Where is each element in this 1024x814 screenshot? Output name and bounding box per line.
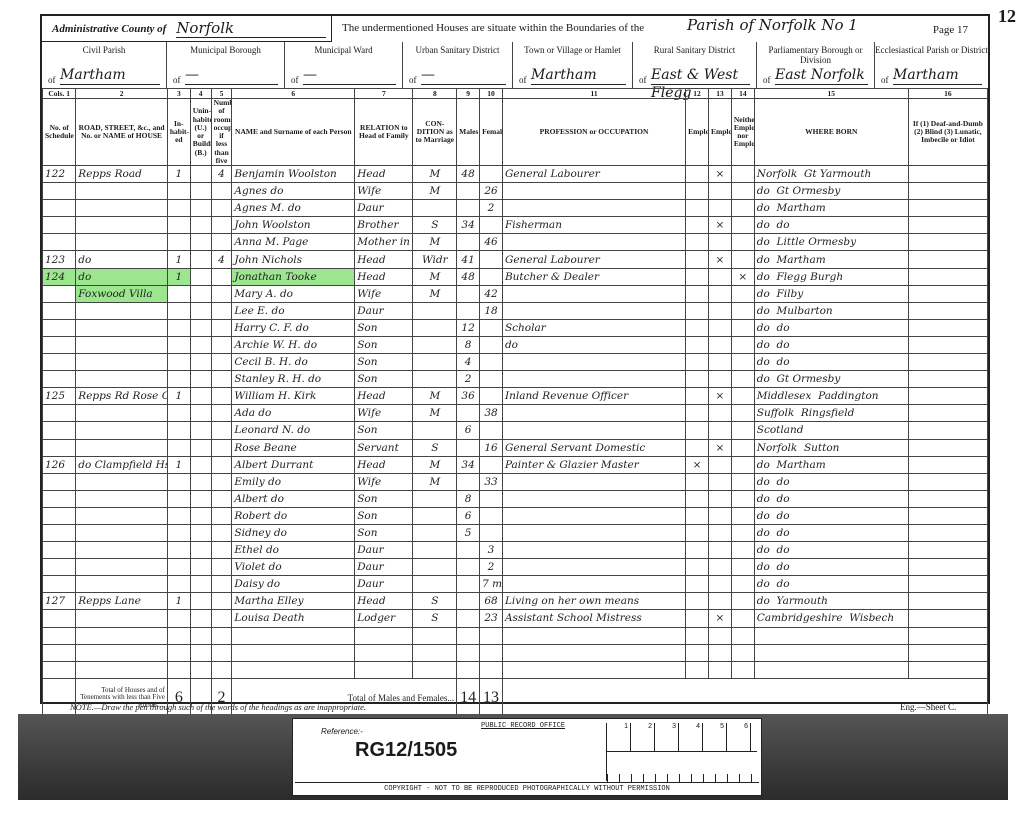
- cell-born: do Little Ormesby: [754, 234, 908, 251]
- cell-m: 12: [457, 319, 480, 336]
- column-number: 12: [686, 89, 709, 99]
- cell-cond: S: [413, 439, 457, 456]
- cell-f: [480, 507, 503, 524]
- cell-m: [457, 559, 480, 576]
- cell-inh: [167, 336, 190, 353]
- cell-rel: Lodger: [355, 610, 413, 627]
- cell-rel: Son: [355, 507, 413, 524]
- cell-name: Albert Durrant: [232, 456, 355, 473]
- cell-empd: [709, 473, 732, 490]
- cell-born: do do: [754, 319, 908, 336]
- cell-born: Cambridgeshire Wisbech: [754, 610, 908, 627]
- record-office: PUBLIC RECORD OFFICE: [481, 722, 565, 730]
- sheet-code: Eng.—Sheet C.: [900, 702, 956, 712]
- cell-addr: [76, 371, 168, 388]
- district-value: East Norfolk: [775, 66, 868, 85]
- cell-empd: [709, 371, 732, 388]
- cell-addr: [76, 302, 168, 319]
- cell-occ: [502, 542, 685, 559]
- cell-sched: [43, 559, 76, 576]
- district-of: of: [173, 75, 181, 85]
- cell-f: 42: [480, 285, 503, 302]
- cell-inf: [908, 439, 987, 456]
- cell-inf: [908, 422, 987, 439]
- cell-emp: [686, 405, 709, 422]
- cell-cond: [413, 542, 457, 559]
- cell-nei: [731, 336, 754, 353]
- cell-empd: [709, 524, 732, 541]
- cell-m: [457, 302, 480, 319]
- cell-emp: [686, 234, 709, 251]
- cell-inf: [908, 200, 987, 217]
- column-labels-row: No. of Schedule ROAD, STREET, &c., and N…: [43, 99, 988, 166]
- cell-rel: Son: [355, 422, 413, 439]
- cell-nei: ×: [731, 268, 754, 285]
- cell-addr: [76, 183, 168, 200]
- cell-nei: [731, 285, 754, 302]
- cell-inf: [908, 388, 987, 405]
- cell-rel: Servant: [355, 439, 413, 456]
- cell-rooms: [211, 405, 232, 422]
- cell-nei: [731, 405, 754, 422]
- cell-unin: [190, 302, 211, 319]
- born-county: do: [757, 356, 770, 368]
- cell-empd: [709, 490, 732, 507]
- cell-rooms: [211, 234, 232, 251]
- boundary-header: The undermentioned Houses are situate wi…: [342, 22, 644, 34]
- district-2: Municipal Wardof—: [285, 42, 403, 88]
- cell-inh: [167, 285, 190, 302]
- cell-rel: Head: [355, 593, 413, 610]
- district-value: —: [421, 66, 506, 85]
- cell-cond: M: [413, 285, 457, 302]
- cell-sched: 122: [43, 166, 76, 183]
- district-title: Parliamentary Borough or Division: [757, 45, 874, 65]
- cell-f: 2: [480, 559, 503, 576]
- cell-empd: [709, 354, 732, 371]
- cell-unin: [190, 422, 211, 439]
- cell-unin: [190, 507, 211, 524]
- born-county: do: [757, 271, 770, 283]
- cell-m: 34: [457, 456, 480, 473]
- table-row: Rose BeaneServantS16General Servant Dome…: [43, 439, 988, 456]
- district-title: Rural Sanitary District: [633, 45, 756, 55]
- born-county: do: [757, 219, 770, 231]
- cell-unin: [190, 456, 211, 473]
- cell-inf: [908, 166, 987, 183]
- cell-sched: [43, 644, 76, 661]
- cell-name: Harry C. F. do: [232, 319, 355, 336]
- born-county: do: [757, 510, 770, 522]
- cell-name: Robert do: [232, 507, 355, 524]
- cell-sched: [43, 285, 76, 302]
- born-county: do: [757, 322, 770, 334]
- cell-name: Violet do: [232, 559, 355, 576]
- cell-rooms: [211, 661, 232, 678]
- col-occupation: PROFESSION or OCCUPATION: [502, 99, 685, 166]
- cell-addr: Repps Rd Rose Cottage: [76, 388, 168, 405]
- cell-sched: [43, 576, 76, 593]
- cell-empd: [709, 285, 732, 302]
- cell-emp: [686, 268, 709, 285]
- cell-cond: S: [413, 593, 457, 610]
- cell-unin: [190, 644, 211, 661]
- cell-cond: [413, 559, 457, 576]
- cell-inh: [167, 354, 190, 371]
- cell-m: 34: [457, 217, 480, 234]
- cell-empd: [709, 644, 732, 661]
- cell-m: [457, 473, 480, 490]
- cell-empd: [709, 200, 732, 217]
- cell-born: [754, 644, 908, 661]
- cell-born: Suffolk Ringsfield: [754, 405, 908, 422]
- cell-nei: [731, 319, 754, 336]
- cell-name: Lee E. do: [232, 302, 355, 319]
- born-place: Wisbech: [849, 612, 894, 624]
- cell-emp: [686, 183, 709, 200]
- cell-unin: [190, 490, 211, 507]
- cell-occ: General Servant Domestic: [502, 439, 685, 456]
- cell-occ: Assistant School Mistress: [502, 610, 685, 627]
- born-place: Little Ormesby: [777, 236, 857, 248]
- cell-inf: [908, 576, 987, 593]
- cell-name: John Woolston: [232, 217, 355, 234]
- column-number: 6: [232, 89, 355, 99]
- cell-born: [754, 627, 908, 644]
- born-county: Norfolk: [757, 168, 797, 180]
- scale-ruler: 123456: [606, 723, 757, 781]
- cell-name: William H. Kirk: [232, 388, 355, 405]
- cell-rooms: [211, 183, 232, 200]
- cell-empd: ×: [709, 610, 732, 627]
- cell-rooms: [211, 576, 232, 593]
- footer-note: NOTE.—Draw the pen through such of the w…: [70, 702, 366, 712]
- cell-inf: [908, 234, 987, 251]
- cell-inf: [908, 507, 987, 524]
- cell-rel: Daur: [355, 200, 413, 217]
- cell-inh: [167, 234, 190, 251]
- cell-inh: [167, 439, 190, 456]
- col-neither: Neither Employer nor Employed: [731, 99, 754, 166]
- cell-occ: Living on her own means: [502, 593, 685, 610]
- cell-emp: [686, 388, 709, 405]
- cell-rooms: [211, 473, 232, 490]
- born-county: do: [757, 288, 770, 300]
- cell-m: 48: [457, 166, 480, 183]
- cell-sched: 123: [43, 251, 76, 268]
- cell-empd: [709, 456, 732, 473]
- cell-m: [457, 610, 480, 627]
- cell-inf: [908, 251, 987, 268]
- table-row: Stanley R. H. doSon2do Gt Ormesby: [43, 371, 988, 388]
- cell-born: Scotland: [754, 422, 908, 439]
- born-place: do: [777, 219, 790, 231]
- cell-rooms: [211, 336, 232, 353]
- born-county: do: [757, 305, 770, 317]
- cell-sched: [43, 200, 76, 217]
- column-number: 9: [457, 89, 480, 99]
- cell-rel: [355, 661, 413, 678]
- cell-inf: [908, 542, 987, 559]
- cell-sched: [43, 405, 76, 422]
- cell-inf: [908, 319, 987, 336]
- females-total: 13: [480, 678, 503, 718]
- cell-f: 38: [480, 405, 503, 422]
- males-total: 14: [457, 678, 480, 718]
- cell-m: [457, 593, 480, 610]
- cell-addr: Foxwood Villa: [76, 285, 168, 302]
- cell-born: do Gt Ormesby: [754, 183, 908, 200]
- col-females: Females: [480, 99, 503, 166]
- born-place: Paddington: [818, 390, 878, 402]
- cell-name: [232, 627, 355, 644]
- cell-cond: [413, 627, 457, 644]
- cell-unin: [190, 268, 211, 285]
- district-7: Ecclesiastical Parish or DistrictofMarth…: [875, 42, 988, 88]
- cell-rooms: [211, 542, 232, 559]
- cell-nei: [731, 473, 754, 490]
- cell-rooms: [211, 354, 232, 371]
- cell-sched: [43, 473, 76, 490]
- cell-f: 68: [480, 593, 503, 610]
- table-row: Harry C. F. doSon12Scholardo do: [43, 319, 988, 336]
- cell-rel: Son: [355, 524, 413, 541]
- cell-addr: do: [76, 268, 168, 285]
- cell-inh: [167, 507, 190, 524]
- cell-cond: S: [413, 217, 457, 234]
- cell-name: John Nichols: [232, 251, 355, 268]
- district-3: Urban Sanitary Districtof—: [403, 42, 513, 88]
- cell-addr: [76, 473, 168, 490]
- table-row: [43, 661, 988, 678]
- table-row: Anna M. PageMother in lawM46do Little Or…: [43, 234, 988, 251]
- district-title: Municipal Ward: [285, 45, 402, 55]
- cell-emp: ×: [686, 456, 709, 473]
- district-of: of: [48, 75, 56, 85]
- cell-inh: [167, 661, 190, 678]
- cell-cond: M: [413, 473, 457, 490]
- cell-inh: 1: [167, 166, 190, 183]
- cell-addr: [76, 405, 168, 422]
- cell-f: [480, 166, 503, 183]
- cell-occ: Butcher & Dealer: [502, 268, 685, 285]
- born-place: Yarmouth: [777, 595, 828, 607]
- cell-f: 23: [480, 610, 503, 627]
- cell-sched: [43, 183, 76, 200]
- cell-addr: [76, 507, 168, 524]
- cell-f: [480, 268, 503, 285]
- page-label: Page 17: [933, 24, 968, 36]
- cell-nei: [731, 371, 754, 388]
- ruler-mark: 6: [727, 723, 751, 751]
- cell-addr: [76, 524, 168, 541]
- column-numbers-row: Cols. 12345678910111213141516: [43, 89, 988, 99]
- cell-inh: [167, 524, 190, 541]
- cell-occ: Painter & Glazier Master: [502, 456, 685, 473]
- cell-addr: [76, 439, 168, 456]
- houses-total: 6: [167, 678, 190, 718]
- cell-nei: [731, 166, 754, 183]
- cell-empd: [709, 422, 732, 439]
- born-county: do: [757, 185, 770, 197]
- cell-unin: [190, 661, 211, 678]
- cell-f: [480, 644, 503, 661]
- cell-occ: [502, 354, 685, 371]
- column-number: 7: [355, 89, 413, 99]
- cell-name: Daisy do: [232, 576, 355, 593]
- census-table: Cols. 12345678910111213141516 No. of Sch…: [42, 88, 988, 719]
- cell-name: Sidney do: [232, 524, 355, 541]
- cell-sched: [43, 490, 76, 507]
- cell-addr: [76, 559, 168, 576]
- col-employer: Employer: [686, 99, 709, 166]
- table-row: Ada doWifeM38Suffolk Ringsfield: [43, 405, 988, 422]
- col-relation: RELATION to Head of Family: [355, 99, 413, 166]
- col-infirmity: If (1) Deaf-and-Dumb (2) Blind (3) Lunat…: [908, 99, 987, 166]
- cell-rooms: [211, 200, 232, 217]
- cell-inf: [908, 593, 987, 610]
- cell-occ: [502, 234, 685, 251]
- cell-cond: [413, 524, 457, 541]
- cell-occ: [502, 661, 685, 678]
- table-row: 122Repps Road14Benjamin WoolstonHeadM48G…: [43, 166, 988, 183]
- cell-occ: [502, 627, 685, 644]
- cell-unin: [190, 336, 211, 353]
- cell-empd: ×: [709, 166, 732, 183]
- cell-unin: [190, 354, 211, 371]
- cell-m: [457, 234, 480, 251]
- cell-name: Rose Beane: [232, 439, 355, 456]
- cell-occ: [502, 507, 685, 524]
- district-4: Town or Village or HamletofMartham: [513, 42, 633, 88]
- cell-born: [754, 661, 908, 678]
- ruler-ticks: [607, 751, 757, 782]
- cell-unin: [190, 200, 211, 217]
- cell-born: do do: [754, 336, 908, 353]
- cell-inh: [167, 644, 190, 661]
- cell-nei: [731, 422, 754, 439]
- cell-cond: [413, 200, 457, 217]
- cell-inh: 1: [167, 251, 190, 268]
- cell-rel: Wife: [355, 285, 413, 302]
- cell-rel: Head: [355, 251, 413, 268]
- cell-rooms: [211, 302, 232, 319]
- table-row: Robert doSon6do do: [43, 507, 988, 524]
- houses-total-label: Total of Houses and of Tenements with le…: [76, 678, 168, 718]
- cell-occ: [502, 524, 685, 541]
- cell-unin: [190, 251, 211, 268]
- reference-code: RG12/1505: [355, 739, 457, 762]
- cell-occ: [502, 200, 685, 217]
- cell-cond: [413, 661, 457, 678]
- cell-inh: [167, 422, 190, 439]
- cell-inf: [908, 627, 987, 644]
- col-rooms: Number of rooms occupied if less than fi…: [211, 99, 232, 166]
- cell-nei: [731, 576, 754, 593]
- column-number: 16: [908, 89, 987, 99]
- cell-emp: [686, 627, 709, 644]
- cell-emp: [686, 371, 709, 388]
- cell-f: [480, 319, 503, 336]
- ruler-mark: 1: [607, 723, 631, 751]
- cell-inf: [908, 405, 987, 422]
- cell-born: Norfolk Gt Yarmouth: [754, 166, 908, 183]
- table-row: 125Repps Rd Rose Cottage1William H. Kirk…: [43, 388, 988, 405]
- cell-name: Anna M. Page: [232, 234, 355, 251]
- cell-inf: [908, 524, 987, 541]
- born-county: do: [757, 202, 770, 214]
- cell-born: do do: [754, 542, 908, 559]
- cell-unin: [190, 627, 211, 644]
- cell-rel: Son: [355, 319, 413, 336]
- cell-rel: Daur: [355, 576, 413, 593]
- column-number: Cols. 1: [43, 89, 76, 99]
- cell-m: 41: [457, 251, 480, 268]
- born-county: Cambridgeshire: [757, 612, 843, 624]
- cell-unin: [190, 166, 211, 183]
- cell-rooms: [211, 610, 232, 627]
- cell-inh: 1: [167, 456, 190, 473]
- cell-m: [457, 644, 480, 661]
- column-number: 2: [76, 89, 168, 99]
- cell-emp: [686, 439, 709, 456]
- cell-rel: [355, 627, 413, 644]
- district-value: —: [185, 66, 278, 85]
- cell-rel: Son: [355, 354, 413, 371]
- ruler-mark: 4: [679, 723, 703, 751]
- cell-born: do do: [754, 354, 908, 371]
- cell-nei: [731, 593, 754, 610]
- cell-m: 36: [457, 388, 480, 405]
- district-0: Civil ParishofMartham: [42, 42, 167, 88]
- boundary-value: Parish of Norfolk No 1: [687, 16, 917, 34]
- cell-emp: [686, 490, 709, 507]
- cell-f: [480, 371, 503, 388]
- cell-emp: [686, 610, 709, 627]
- cell-cond: M: [413, 183, 457, 200]
- cell-rooms: [211, 268, 232, 285]
- born-place: Gt Ormesby: [777, 185, 841, 197]
- cell-f: [480, 456, 503, 473]
- born-county: Norfolk: [757, 442, 797, 454]
- table-row: Louisa DeathLodgerS23Assistant School Mi…: [43, 610, 988, 627]
- cell-inf: [908, 217, 987, 234]
- cell-unin: [190, 371, 211, 388]
- cell-f: 33: [480, 473, 503, 490]
- cell-cond: M: [413, 405, 457, 422]
- cell-emp: [686, 661, 709, 678]
- cell-m: [457, 405, 480, 422]
- col-condition: CON-DITION as to Marriage: [413, 99, 457, 166]
- cell-nei: [731, 217, 754, 234]
- archive-label: Reference:- RG12/1505 PUBLIC RECORD OFFI…: [292, 718, 762, 796]
- cell-inh: [167, 576, 190, 593]
- cell-rel: Wife: [355, 183, 413, 200]
- cell-addr: [76, 627, 168, 644]
- cell-empd: ×: [709, 388, 732, 405]
- district-row: Civil ParishofMarthamMunicipal Boroughof…: [42, 42, 988, 89]
- born-county: do: [757, 578, 770, 590]
- cell-cond: Widr: [413, 251, 457, 268]
- column-number: 3: [167, 89, 190, 99]
- cell-occ: [502, 576, 685, 593]
- born-county: do: [757, 254, 770, 266]
- cell-name: [232, 644, 355, 661]
- cell-addr: [76, 490, 168, 507]
- cell-empd: [709, 234, 732, 251]
- column-number: 14: [731, 89, 754, 99]
- col-name: NAME and Surname of each Person: [232, 99, 355, 166]
